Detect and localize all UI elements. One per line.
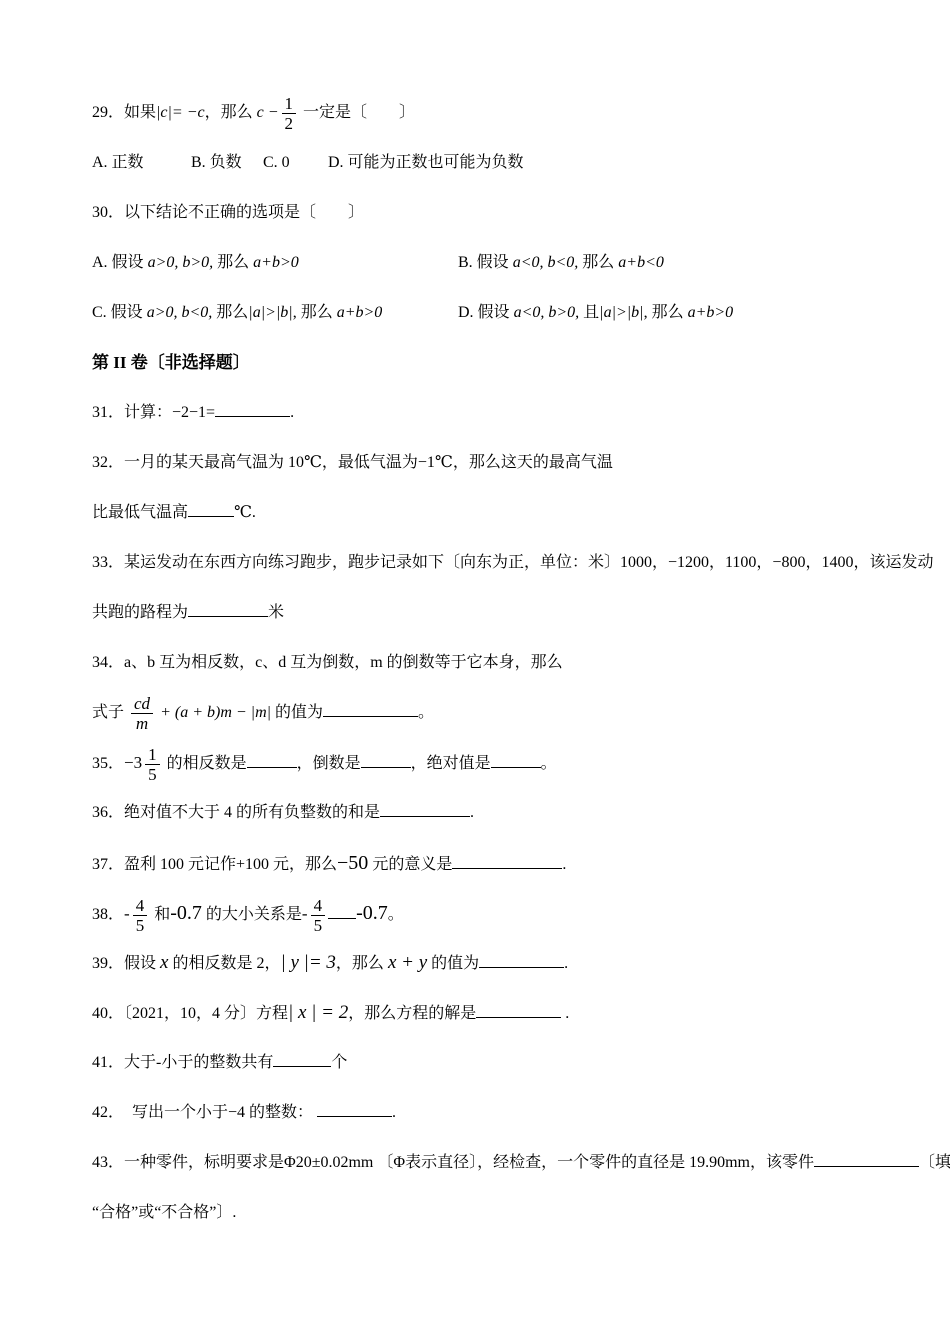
q38-math-neg07-2: -0.7 — [356, 902, 388, 924]
q34-period: 。 — [418, 704, 434, 721]
q38-fraction-four-fifths-2: 45 — [311, 896, 326, 935]
question-43-line1: 43．一种零件，标明要求是Φ20±0.02mm 〔Φ表示直径〕，经检查，一个零件… — [92, 1138, 902, 1188]
q38-math-neg07-1: -0.7 — [170, 902, 202, 924]
q31-text: 31．计算：−2−1= — [92, 404, 215, 421]
q39-answer-blank — [479, 952, 564, 968]
q38-minus-2: - — [302, 904, 308, 923]
q35-math-neg3: −3 — [124, 753, 142, 772]
q30-option-c: C. 假设 a>0, b<0, 那么|a|>|b|, 那么 a+b>0 — [92, 288, 458, 338]
q39-period: . — [564, 955, 568, 972]
question-43-line2: “合格”或“不合格”〕. — [92, 1188, 902, 1238]
section-heading-part2: 第 II 卷〔非选择题〕 — [92, 338, 902, 388]
q35-number: 35． — [92, 755, 124, 772]
q30d-seg5: , 那么 — [644, 304, 688, 321]
q35-fraction-one-fifth: 15 — [145, 745, 160, 784]
q32-text-2: 比最低气温高 — [92, 504, 188, 521]
q31-period: . — [290, 404, 294, 421]
q29-text-1: 29．如果 — [92, 104, 156, 121]
fraction-numerator: 4 — [133, 896, 148, 916]
q30b-seg1: B. 假设 — [458, 254, 513, 271]
q43-text-3: “合格”或“不合格”〕. — [92, 1204, 236, 1221]
question-30-stem: 30．以下结论不正确的选项是〔 〕 — [92, 188, 902, 238]
q41-answer-blank — [273, 1051, 331, 1067]
q40-text-2: ，那么方程的解是 — [348, 1005, 476, 1022]
q34-answer-blank — [323, 701, 418, 717]
q37-text-2: 元的意义是 — [368, 856, 452, 873]
q41-text-1: 41．大于-小于的整数共有 — [92, 1054, 273, 1071]
q42-period: . — [392, 1104, 396, 1121]
q36-text: 36．绝对值不大于 4 的所有负整数的和是 — [92, 804, 380, 821]
section-title: 第 II 卷〔非选择题〕 — [92, 353, 250, 372]
q42-text: 42． 写出一个小于−4 的整数： — [92, 1104, 317, 1121]
q37-answer-blank — [452, 853, 562, 869]
q33-text-2: 共跑的路程为 — [92, 604, 188, 621]
question-30-options-cd: C. 假设 a>0, b<0, 那么|a|>|b|, 那么 a+b>0D. 假设… — [92, 288, 902, 338]
question-32-line2: 比最低气温高℃. — [92, 488, 902, 538]
question-29-stem: 29．如果|c|= −c，那么 c −12 一定是〔 〕 — [92, 88, 902, 138]
exam-document-page: 29．如果|c|= −c，那么 c −12 一定是〔 〕 A. 正数B. 负数C… — [0, 0, 950, 1344]
q30b-seg4: a+b<0 — [618, 254, 664, 271]
q30c-seg5: , 那么 — [293, 304, 337, 321]
q33-answer-blank — [188, 601, 268, 617]
q38-text-1: 和 — [150, 906, 170, 923]
q29-math-c-minus: c − — [257, 104, 279, 121]
q35-blank-opposite — [247, 752, 297, 768]
q37-math-neg50: −50 — [337, 852, 368, 874]
fraction-denominator: 5 — [133, 916, 148, 935]
q43-text-2: 〔填 — [919, 1154, 950, 1171]
fraction-denominator: 2 — [282, 114, 297, 133]
q32-answer-blank — [188, 501, 234, 517]
question-34-line1: 34．a、b 互为相反数，c、d 互为倒数，m 的倒数等于它本身，那么 — [92, 638, 902, 688]
q38-minus-1: - — [124, 904, 130, 923]
q30-text: 30．以下结论不正确的选项是〔 〕 — [92, 204, 364, 221]
q30-option-a: A. 假设 a>0, b>0, 那么 a+b>0 — [92, 238, 458, 288]
q30-option-d: D. 假设 a<0, b>0, 且|a|>|b|, 那么 a+b>0 — [458, 304, 733, 321]
fraction-denominator: m — [131, 714, 153, 733]
question-40: 40．〔2021，10，4 分〕方程| x | = 2，那么方程的解是 . — [92, 988, 902, 1038]
q35-text-3: ，绝对值是 — [411, 755, 491, 772]
q34-text-3: 的值为 — [271, 704, 323, 721]
q36-period: . — [470, 804, 474, 821]
fraction-denominator: 5 — [145, 765, 160, 784]
q30c-seg6: a+b>0 — [337, 304, 383, 321]
q40-answer-blank — [476, 1002, 561, 1018]
q30c-seg1: C. 假设 — [92, 304, 147, 321]
q38-text-2: 的大小关系是 — [202, 906, 302, 923]
question-34-formula: 式子 cdm + (a + b)m − |m| 的值为。 — [92, 688, 902, 738]
q35-text-2: ，倒数是 — [297, 755, 361, 772]
q29-text-3: 一定是〔 〕 — [299, 104, 415, 121]
q31-answer-blank — [215, 401, 290, 417]
q32-unit: ℃. — [234, 504, 256, 521]
question-37: 37．盈利 100 元记作+100 元，那么−50 元的意义是. — [92, 838, 902, 888]
q42-answer-blank — [317, 1101, 392, 1117]
q30a-seg3: 那么 — [217, 254, 253, 271]
question-39: 39．假设 x 的相反数是 2，| y |= 3，那么 x + y 的值为. — [92, 938, 902, 988]
q30b-seg3: 那么 — [582, 254, 618, 271]
question-30-options-ab: A. 假设 a>0, b>0, 那么 a+b>0B. 假设 a<0, b<0, … — [92, 238, 902, 288]
question-41: 41．大于-小于的整数共有个 — [92, 1038, 902, 1088]
q40-text-1: 40．〔2021，10，4 分〕方程 — [92, 1005, 288, 1022]
q30d-seg6: a+b>0 — [688, 304, 734, 321]
q30c-seg2: a>0, b<0, — [147, 304, 217, 321]
question-33-line2: 共跑的路程为米 — [92, 588, 902, 638]
q39-text-1: 39．假设 — [92, 955, 160, 972]
q34-text-1: 34．a、b 互为相反数，c、d 互为倒数，m 的倒数等于它本身，那么 — [92, 654, 563, 671]
q35-period: 。 — [541, 755, 557, 772]
q29-text-2: ，那么 — [205, 104, 257, 121]
q30c-seg4: |a|>|b| — [248, 304, 292, 321]
q38-number: 38． — [92, 906, 124, 923]
fraction-numerator: 4 — [311, 896, 326, 916]
q40-period: . — [561, 1005, 569, 1022]
question-38: 38．-45 和-0.7 的大小关系是-45-0.7。 — [92, 888, 902, 938]
q29-option-a: A. 正数 — [92, 138, 191, 188]
fraction-numerator: 1 — [145, 745, 160, 765]
q29-math-abs-c: |c|= −c — [156, 104, 205, 121]
q30-option-b: B. 假设 a<0, b<0, 那么 a+b<0 — [458, 254, 664, 271]
q29-option-d: D. 可能为正数也可能为负数 — [328, 154, 524, 171]
q38-fraction-four-fifths-1: 45 — [133, 896, 148, 935]
q33-text-1: 33．某运发动在东西方向练习跑步，跑步记录如下〔向东为正，单位：米〕1000，−… — [92, 554, 933, 571]
q37-period: . — [562, 856, 566, 873]
q30c-seg3: 那么 — [216, 304, 248, 321]
q35-blank-absolute — [491, 752, 541, 768]
question-35: 35．−315 的相反数是，倒数是，绝对值是。 — [92, 738, 902, 788]
q37-text-1: 37．盈利 100 元记作+100 元，那么 — [92, 856, 337, 873]
q36-answer-blank — [380, 801, 470, 817]
q35-text-1: 的相反数是 — [163, 755, 247, 772]
q39-math-abs-y: | y |= 3 — [280, 952, 335, 973]
q29-fraction-one-half: 12 — [282, 94, 297, 133]
q29-option-b: B. 负数 — [191, 138, 263, 188]
question-31: 31．计算：−2−1=. — [92, 388, 902, 438]
q30d-seg2: a<0, b>0, — [514, 304, 584, 321]
q34-text-2: 式子 — [92, 704, 128, 721]
q43-answer-blank — [814, 1151, 919, 1167]
q38-answer-blank — [328, 903, 356, 919]
q29-option-c: C. 0 — [263, 138, 328, 188]
q34-math-expression: + (a + b)m − |m| — [156, 704, 271, 721]
q34-fraction-cd-over-m: cdm — [131, 694, 153, 733]
question-29-options: A. 正数B. 负数C. 0D. 可能为正数也可能为负数 — [92, 138, 902, 188]
q40-math-abs-x-eq-2: | x | = 2 — [288, 1002, 348, 1023]
q39-text-4: 的值为 — [427, 955, 479, 972]
question-36: 36．绝对值不大于 4 的所有负整数的和是. — [92, 788, 902, 838]
question-32-line1: 32．一月的某天最高气温为 10℃，最低气温为−1℃，那么这天的最高气温 — [92, 438, 902, 488]
q39-text-2: 的相反数是 2， — [168, 955, 280, 972]
q30a-seg1: A. 假设 — [92, 254, 148, 271]
q39-math-x-plus-y: x + y — [388, 952, 427, 973]
q30a-seg4: a+b>0 — [253, 254, 299, 271]
q43-text-1: 43．一种零件，标明要求是Φ20±0.02mm 〔Φ表示直径〕，经检查，一个零件… — [92, 1154, 814, 1171]
q30d-seg4: |a|>|b| — [599, 304, 643, 321]
q35-blank-reciprocal — [361, 752, 411, 768]
q39-text-3: ，那么 — [336, 955, 388, 972]
question-42: 42． 写出一个小于−4 的整数： . — [92, 1088, 902, 1138]
question-33-line1: 33．某运发动在东西方向练习跑步，跑步记录如下〔向东为正，单位：米〕1000，−… — [92, 538, 902, 588]
q30d-seg1: D. 假设 — [458, 304, 514, 321]
q30a-seg2: a>0, b>0, — [148, 254, 218, 271]
q41-text-2: 个 — [331, 1054, 347, 1071]
q33-unit: 米 — [268, 604, 284, 621]
fraction-denominator: 5 — [311, 916, 326, 935]
q38-period: 。 — [388, 906, 404, 923]
fraction-numerator: cd — [131, 694, 153, 714]
q30d-seg3: 且 — [583, 304, 599, 321]
q32-text-1: 32．一月的某天最高气温为 10℃，最低气温为−1℃，那么这天的最高气温 — [92, 454, 613, 471]
q30b-seg2: a<0, b<0, — [513, 254, 583, 271]
fraction-numerator: 1 — [282, 94, 297, 114]
